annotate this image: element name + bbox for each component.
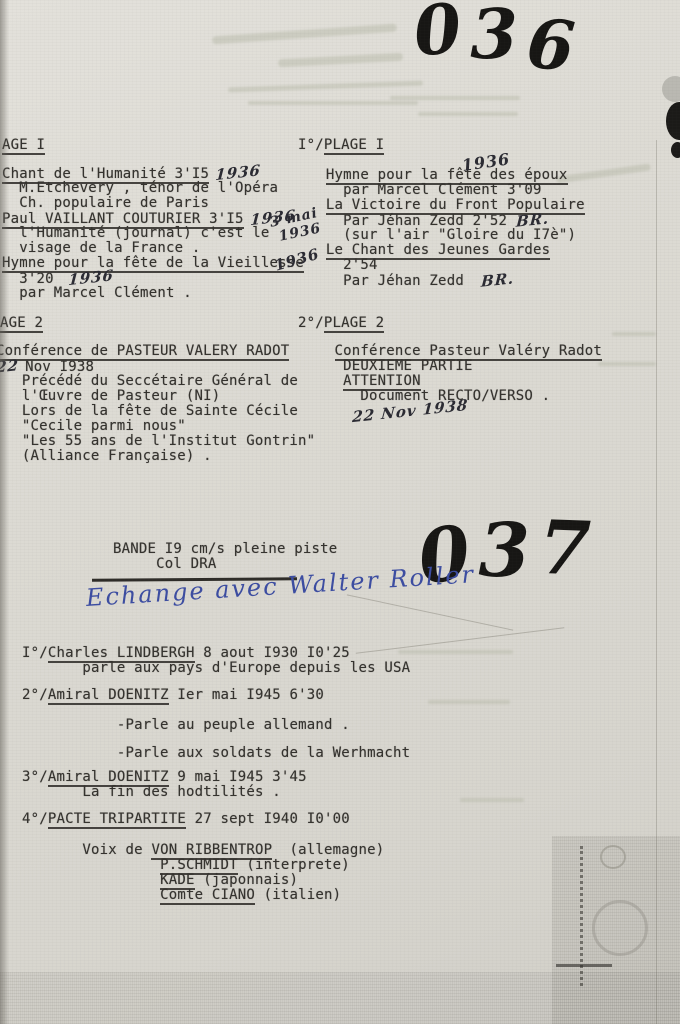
bleedthrough-mark [212, 24, 397, 45]
typed-text: Par Jéhan Zedd [300, 273, 481, 289]
typed-text: visage de la France . [2, 240, 200, 256]
typed-text: 9 mai I945 3'45 [169, 769, 307, 785]
typed-text: 3°/ [22, 769, 48, 785]
ink-smudge [662, 76, 680, 102]
plage2-left-body: Conférence de PASTEUR VALERY RADOT22 Nov… [0, 344, 315, 464]
typed-line: Chant de l'Humanité 3'I5 1936 [2, 166, 304, 181]
typed-line: par Marcel Clément . [2, 286, 304, 301]
bleedthrough-mark [228, 81, 423, 93]
stamp-digit: 7 [538, 511, 601, 587]
typed-text: Voix de [22, 842, 151, 858]
typed-line: l'Humanité (journal) c'est le [2, 226, 304, 241]
plage1-right-body: Hymne pour la fête des époux par Marcel … [300, 168, 585, 288]
typed-line: DEUXIEME PARTIE [300, 359, 602, 374]
typed-text: Amiral DOENITZ [48, 687, 169, 705]
dark-mark [556, 964, 612, 967]
tape037-item-4: 4°/PACTE TRIPARTITE 27 sept I940 I0'00 [22, 812, 350, 827]
typed-text: (italien) [255, 887, 341, 903]
bleedthrough-mark [398, 650, 513, 654]
typed-text [300, 373, 343, 389]
typed-line: I°/PLAGE I [298, 138, 384, 153]
typed-text: (Alliance Française) . [0, 448, 212, 464]
typed-text: 2°/ [22, 687, 48, 703]
stamp-digit: 6 [524, 10, 586, 83]
typed-line: 3°/Amiral DOENITZ 9 mai I945 3'45 [22, 770, 307, 785]
bleedthrough-mark [278, 53, 403, 68]
typed-text [22, 872, 160, 888]
typed-text: (sur l'air "Gloire du I7è") [300, 227, 576, 243]
typed-text: parle aux pays d'Europe depuis les USA [22, 660, 410, 676]
typed-line: Voix de VON RIBBENTROP (allemagne) [22, 843, 384, 858]
bleedthrough-mark [598, 362, 656, 366]
typed-text [300, 404, 352, 420]
plage2-right-body: Conférence Pasteur Valéry Radot DEUXIEME… [300, 344, 602, 419]
typed-text: I°/ [22, 645, 48, 661]
typed-line: 3'20 1936 [2, 271, 304, 286]
bleedthrough-mark [612, 332, 656, 336]
typed-text: Lors de la fête de Sainte Cécile [0, 403, 298, 419]
typed-text: -Parle aux soldats de la Werhmacht [22, 745, 410, 761]
typed-text: DEUXIEME PARTIE [300, 358, 473, 374]
typed-line: 22 Nov 1938 [300, 404, 602, 419]
bleedthrough-mark [428, 700, 510, 704]
typed-text: l'Œuvre de Pasteur (NI) [0, 388, 220, 404]
typed-line: visage de la France . [2, 241, 304, 256]
tape037-item-2: 2°/Amiral DOENITZ Ier mai I945 6'30 [22, 688, 324, 703]
ink-dot [671, 142, 680, 158]
typed-line: 2°/Amiral DOENITZ Ier mai I945 6'30 [22, 688, 324, 703]
partial-stamp-mark [666, 102, 680, 140]
typed-text: 27 sept I940 I0'00 [186, 811, 350, 827]
typed-line: 2°/PLAGE 2 [298, 316, 384, 331]
typed-line: Conférence Pasteur Valéry Radot [300, 344, 602, 359]
typed-line: "Cecile parmi nous" [0, 419, 315, 434]
stamp-digit: 0 [411, 0, 474, 67]
bleedthrough-mark [418, 112, 518, 116]
typed-line: Paul VAILLANT COUTURIER 3'I5 1936 [2, 211, 304, 226]
typed-line: (sur l'air "Gloire du I7è") [300, 228, 585, 243]
typed-line: La fin des hodtilités . [22, 785, 307, 800]
tape037-item-2b: -Parle aux soldats de la Werhmacht [22, 746, 410, 761]
typed-text: I°/ [298, 137, 324, 153]
page-edge-shadow [0, 0, 9, 1024]
typed-text: Col DRA [113, 556, 217, 572]
bande-info-block: BANDE I9 cm/s pleine piste Col DRA [113, 542, 337, 572]
typed-line: I°/Charles LINDBERGH 8 aout I930 I0'25 [22, 646, 410, 661]
typed-line: Hymne pour la fête des époux [300, 168, 585, 183]
typed-text: La fin des hodtilités . [22, 784, 281, 800]
plage1-right-heading: I°/PLAGE I [298, 138, 384, 153]
stamp-digit: 3 [479, 514, 540, 588]
typed-text: "Les 55 ans de l'Institut Gontrin" [0, 433, 315, 449]
typed-text: l'Humanité (journal) c'est le [2, 225, 270, 241]
typed-line: "Les 55 ans de l'Institut Gontrin" [0, 434, 315, 449]
typed-line: l'Œuvre de Pasteur (NI) [0, 389, 315, 404]
photocopy-texture [0, 972, 680, 1024]
plage2-right-heading: 2°/PLAGE 2 [298, 316, 384, 331]
stamp-digit: 3 [470, 1, 526, 69]
typed-line: parle aux pays d'Europe depuis les USA [22, 661, 410, 676]
typed-text: par Marcel Clément 3'09 [300, 182, 542, 198]
typed-text: Ier mai I945 6'30 [169, 687, 324, 703]
typed-text: Précédé du Seccétaire Général de [0, 373, 298, 389]
typed-line: KADE (japonnais) [22, 873, 384, 888]
typed-text: -Parle au peuple allemand . [22, 717, 350, 733]
bleedthrough-mark [248, 101, 418, 105]
typed-line: 4°/PACTE TRIPARTITE 27 sept I940 I0'00 [22, 812, 350, 827]
bleedthrough-mark [390, 96, 520, 100]
typed-line: BANDE I9 cm/s pleine piste [113, 542, 337, 557]
typed-text [300, 167, 326, 183]
typed-line: -Parle aux soldats de la Werhmacht [22, 746, 410, 761]
typed-line: P.SCHMIDT (interprete) [22, 858, 384, 873]
handwritten-annotation: BR. [515, 211, 549, 230]
typed-text: (japonnais) [195, 872, 299, 888]
typed-line: Par Jéhan Zedd 2'52 BR. [300, 213, 585, 228]
typed-line: par Marcel Clément 3'09 [300, 183, 585, 198]
typed-text: 4°/ [22, 811, 48, 827]
tape037-item-1: I°/Charles LINDBERGH 8 aout I930 I0'25 p… [22, 646, 410, 676]
tape037-voices: Voix de VON RIBBENTROP (allemagne) P.SCH… [22, 843, 384, 903]
typed-text: 8 aout I930 I0'25 [195, 645, 350, 661]
typed-text: "Cecile parmi nous" [0, 418, 186, 434]
typed-text: PLAGE I [324, 137, 384, 155]
typed-line: ATTENTION [300, 374, 602, 389]
typed-line: Par Jéhan Zedd BR. [300, 273, 585, 288]
tape037-item-2a: -Parle au peuple allemand . [22, 718, 350, 733]
ring-stain [600, 845, 626, 869]
typed-line: -Parle au peuple allemand . [22, 718, 350, 733]
typed-line: Hymne pour la fête de la Vieillesse [2, 256, 304, 271]
typed-text: (interprete) [238, 857, 350, 873]
typed-text [22, 887, 160, 903]
page-fold-line [656, 140, 657, 1024]
typed-line: Le Chant des Jeunes Gardes [300, 243, 585, 258]
scanned-document-page: 036 037 AGE I Chant de l'Humanité 3'I5 1… [0, 0, 680, 1024]
bleedthrough-mark [460, 798, 524, 802]
typed-line: M.Etchevery , ténor de l'Opéra [2, 181, 304, 196]
typed-text: PACTE TRIPARTITE [48, 811, 186, 829]
typed-line: 22 Nov I938 [0, 359, 315, 374]
typed-line: Comte CIANO (italien) [22, 888, 384, 903]
typed-text: Comte CIANO [160, 887, 255, 905]
typed-text: par Marcel Clément . [2, 285, 192, 301]
ring-stain [592, 900, 648, 956]
typed-text: Ch. populaire de Paris [2, 195, 209, 211]
typed-text: BANDE I9 cm/s pleine piste [113, 541, 337, 557]
typed-line: Conférence de PASTEUR VALERY RADOT [0, 344, 315, 359]
typed-text [22, 857, 160, 873]
typed-text: PLAGE 2 [324, 315, 384, 333]
typed-text: M.Etchevery , ténor de l'Opéra [2, 180, 278, 196]
typed-text: (allemagne) [272, 842, 384, 858]
typed-line: Ch. populaire de Paris [2, 196, 304, 211]
typed-line: Précédé du Seccétaire Général de [0, 374, 315, 389]
page-number-stamp-036: 036 [414, 0, 583, 64]
typed-line: 2'54 [300, 258, 585, 273]
tape037-item-3: 3°/Amiral DOENITZ 9 mai I945 3'45 La fin… [22, 770, 307, 800]
typed-line: (Alliance Française) . [0, 449, 315, 464]
plage1-left-body: Chant de l'Humanité 3'I5 1936 M.Etchever… [2, 166, 304, 301]
handwritten-annotation: BR. [481, 271, 515, 290]
typed-line: Lors de la fête de Sainte Cécile [0, 404, 315, 419]
typed-text: 2°/ [298, 315, 324, 331]
typed-text [300, 343, 335, 359]
